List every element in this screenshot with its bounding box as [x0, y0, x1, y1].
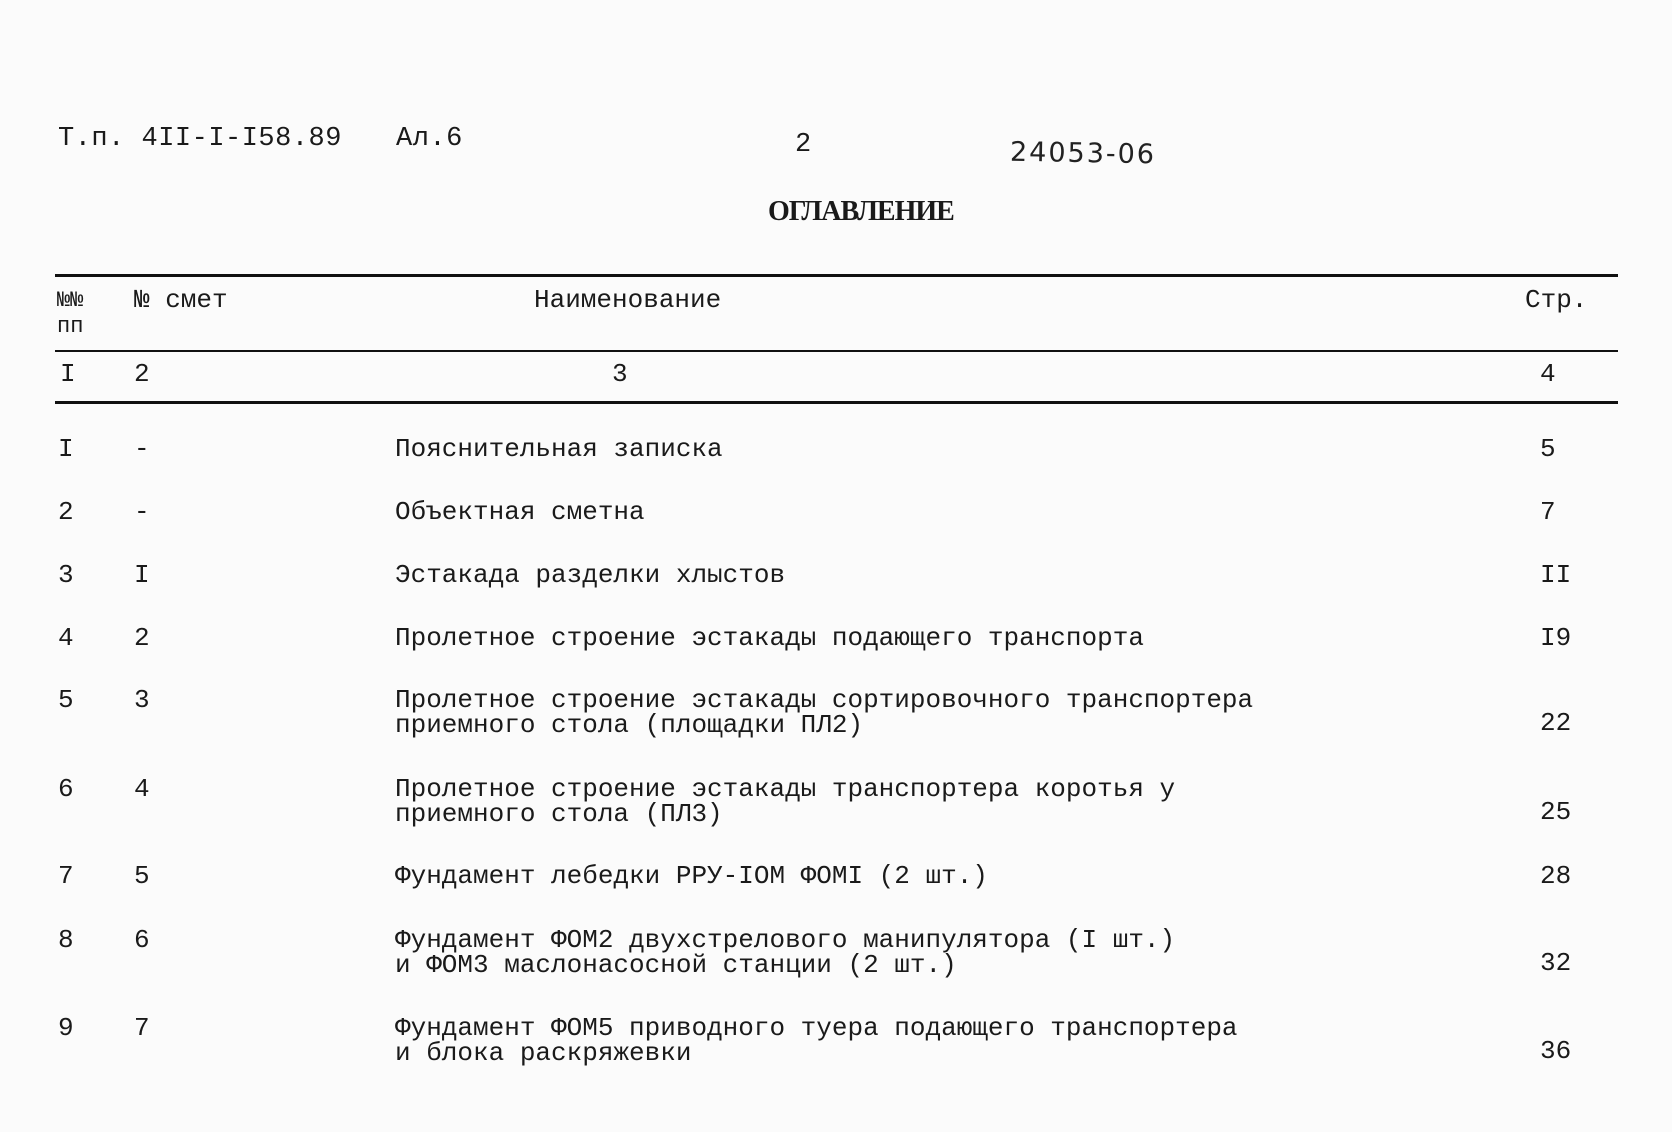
row-page: II: [1540, 563, 1571, 588]
col-header-name: Наименование: [534, 288, 721, 313]
row-page: 7: [1540, 500, 1556, 525]
row-name-line: Эстакада разделки хлыстов: [395, 563, 785, 588]
row-number: 3: [58, 563, 74, 588]
numbering-rule: [55, 401, 1618, 404]
row-name-line: Объектная сметна: [395, 500, 645, 525]
row-page: 22: [1540, 711, 1571, 736]
row-estimate: 6: [134, 928, 150, 953]
inventory-number: 24053-06: [1010, 137, 1157, 171]
col-header-no: №№ пп: [57, 288, 83, 340]
row-number: 2: [58, 500, 74, 525]
row-estimate: -: [134, 437, 150, 462]
col-number-4: 4: [1540, 362, 1556, 387]
row-page: 28: [1540, 864, 1571, 889]
row-estimate: I: [134, 563, 150, 588]
row-name-line: и ФОМ3 маслонасосной станции (2 шт.): [395, 953, 957, 978]
row-estimate: 2: [134, 626, 150, 651]
row-name-line: Фундамент лебедки РРУ-IOM ФОМI (2 шт.): [395, 864, 988, 889]
row-number: 5: [58, 688, 74, 713]
row-page: 25: [1540, 800, 1571, 825]
col-header-page: Стр.: [1525, 288, 1587, 313]
row-estimate: 3: [134, 688, 150, 713]
row-name-line: приемного стола (ПЛ3): [395, 802, 723, 827]
row-estimate: 5: [134, 864, 150, 889]
col-number-3: 3: [612, 362, 628, 387]
project-code: Т.п. 4II-I-I58.89: [58, 124, 342, 154]
page-number: 2: [795, 130, 812, 160]
row-number: I: [58, 437, 74, 462]
row-page: I9: [1540, 626, 1571, 651]
row-name-line: Пояснительная записка: [395, 437, 723, 462]
row-page: 32: [1540, 951, 1571, 976]
header-rule: [55, 350, 1618, 352]
row-number: 7: [58, 864, 74, 889]
col-number-2: 2: [134, 362, 150, 387]
row-page: 5: [1540, 437, 1556, 462]
page-title: ОГЛАВЛЕНИЕ: [768, 196, 954, 228]
row-name-line: Пролетное строение эстакады подающего тр…: [395, 626, 1144, 651]
album-number: Ал.6: [396, 124, 463, 154]
row-estimate: -: [134, 500, 150, 525]
row-name-line: приемного стола (площадки ПЛ2): [395, 713, 863, 738]
row-number: 4: [58, 626, 74, 651]
row-number: 6: [58, 777, 74, 802]
row-estimate: 7: [134, 1016, 150, 1041]
col-number-1: I: [60, 362, 76, 387]
row-number: 9: [58, 1016, 74, 1041]
row-estimate: 4: [134, 777, 150, 802]
table-top-rule: [55, 274, 1618, 277]
row-name-line: и блока раскряжевки: [395, 1041, 691, 1066]
col-header-estimate: № смет: [134, 288, 228, 313]
row-page: 36: [1540, 1039, 1571, 1064]
row-number: 8: [58, 928, 74, 953]
